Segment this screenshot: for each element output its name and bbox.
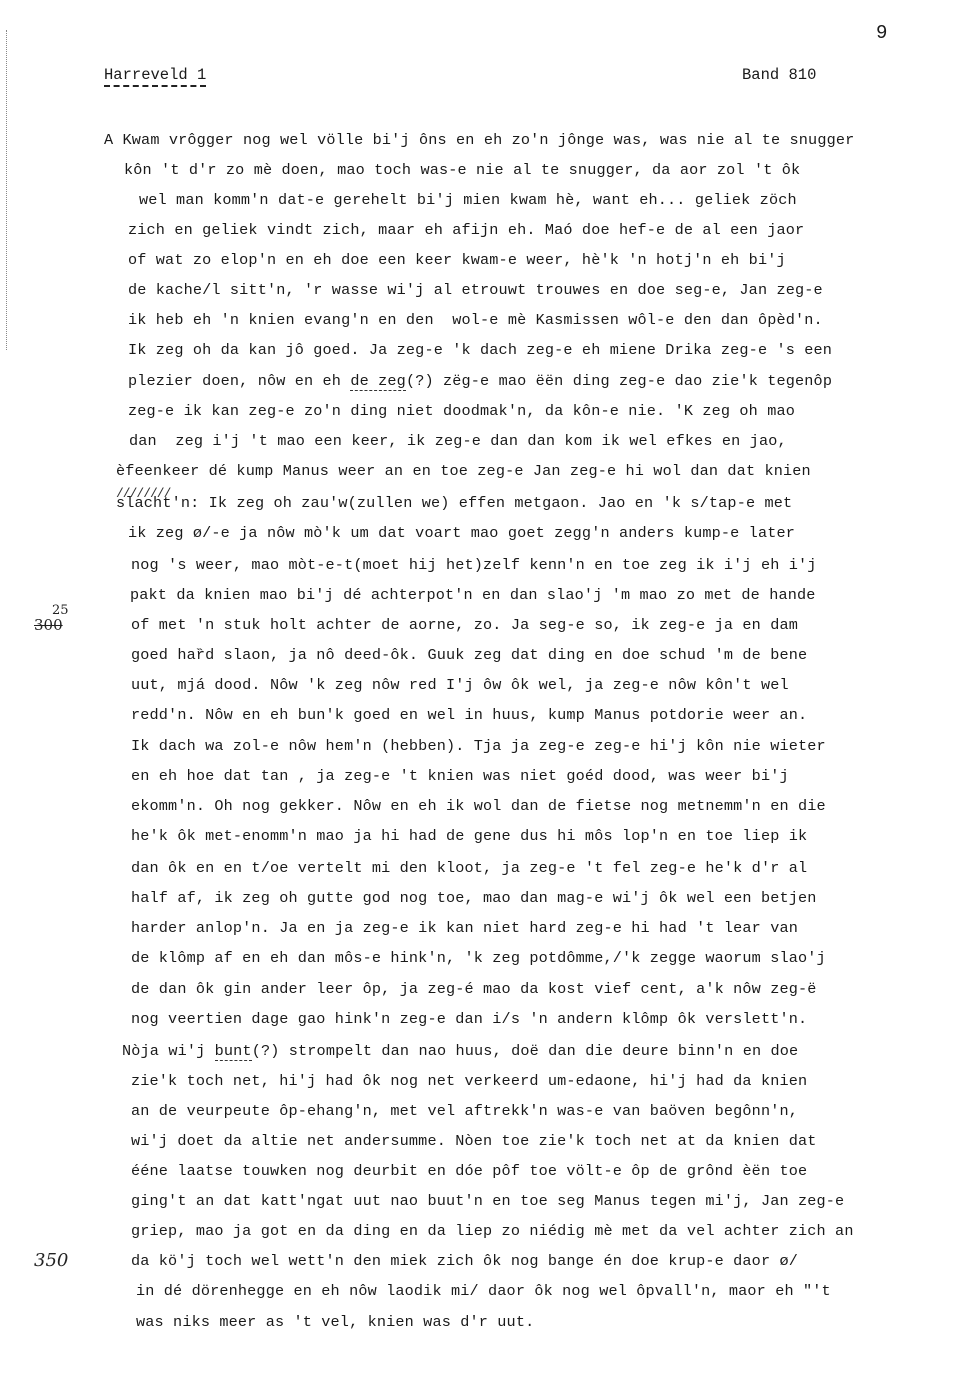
transcript-line: Nòja wi'j bunt(?) strompelt dan nao huus… [122, 1042, 798, 1060]
transcript-line: Ik dach wa zol-e nôw hem'n (hebben). Tja… [131, 737, 826, 755]
document-title: Harreveld 1 [104, 66, 206, 87]
transcript-line: half af, ik zeg oh gutte god nog toe, ma… [131, 889, 817, 907]
tape-label: Band 810 [742, 66, 816, 84]
margin-note-350: 350 [34, 1254, 68, 1268]
transcript-line: wi'j doet da altie net andersumme. Nòen … [131, 1132, 817, 1150]
transcript-line: dan zeg i'j 't mao een keer, ik zeg-e da… [129, 432, 787, 450]
left-edge-marks [6, 30, 9, 350]
transcript-line: da kö'j toch wel wett'n den miek zich ôk… [131, 1252, 798, 1270]
transcript-line: zie'k toch net, hi'j had ôk nog net verk… [131, 1072, 807, 1090]
transcript-line: en eh hoe dat tan , ja zeg-e 't knien wa… [131, 767, 789, 785]
transcript-line: he'k ôk met-enomm'n mao ja hi had de gen… [131, 827, 807, 845]
transcript-line: ik zeg ø/-e ja nôw mò'k um dat voart mao… [128, 524, 795, 542]
transcript-line: zeg-e ik kan zeg-e zo'n ding niet doodma… [128, 402, 795, 420]
page-number: 9 [876, 22, 888, 44]
underlined-uncertain-word: bunt [215, 1042, 252, 1061]
transcript-line: de kache/l sitt'n, 'r wasse wi'j al etro… [128, 281, 823, 299]
transcript-line: plezier doen, nôw en eh de zeg(?) zëg-e … [128, 372, 832, 390]
transcript-line: dan ôk en en t/oe vertelt mi den kloot, … [131, 859, 807, 877]
underlined-uncertain-word: de zeg [350, 372, 406, 391]
transcript-line: ik heb eh 'n knien evang'n en den wol-e … [128, 311, 823, 329]
transcript-line: èfeenkeer dé kump Manus weer an en toe z… [116, 462, 811, 480]
transcript-line: redd'n. Nôw en eh bun'k goed en wel in h… [131, 706, 807, 724]
transcript-line: uut, mjá dood. Nôw 'k zeg nôw red I'j ôw… [131, 676, 789, 694]
transcript-line: goed haȑd slaon, ja nô deed-ôk. Guuk zeg… [131, 646, 807, 664]
margin-note-300-text: 300 [34, 616, 63, 634]
transcript-line: zich en geliek vindt zich, maar eh afijn… [128, 221, 804, 239]
transcript-line: in dé dörenhegge en eh nôw laodik mi/ da… [136, 1282, 831, 1300]
transcript-line: harder anlop'n. Ja en ja zeg-e ik kan ni… [131, 919, 798, 937]
transcript-line: Ik zeg oh da kan jô goed. Ja zeg-e 'k da… [128, 341, 832, 359]
transcript-line: kôn 't d'r zo mè doen, mao toch was-e ni… [124, 161, 800, 179]
transcript-line: of wat zo elop'n en eh doe een keer kwam… [128, 251, 786, 269]
transcript-line: ging't an dat katt'ngat uut nao buut'n e… [131, 1192, 844, 1210]
transcript-line: ekomm'n. Oh nog gekker. Nôw en eh ik wol… [131, 797, 826, 815]
transcript-line: pakt da knien mao bi'j dé achterpot'n en… [130, 586, 816, 604]
struck-word: slacht'n [116, 494, 190, 512]
transcript-line: wel man komm'n dat-e gerehelt bi'j mien … [139, 191, 797, 209]
transcript-line: de klômp af en eh dan môs-e hink'n, 'k z… [131, 949, 826, 967]
transcript-line: of met 'n stuk holt achter de aorne, zo.… [131, 616, 798, 634]
transcript-line: griep, mao ja got en da ding en da liep … [131, 1222, 854, 1240]
transcript-line: nog veertien dage gao hink'n zeg-e dan i… [131, 1010, 807, 1028]
transcript-line: slacht'n: Ik zeg oh zau'w(zullen we) eff… [116, 494, 792, 512]
transcript-line: an de veurpeute ôp-ehang'n, met vel aftr… [131, 1102, 798, 1120]
transcript-line: nog 's weer, mao mòt-e-t(moet hij het)ze… [131, 556, 817, 574]
margin-note-300: 300 [34, 618, 63, 632]
transcript-line: A Kwam vrôgger nog wel völle bi'j ôns en… [104, 131, 854, 149]
document-header-left: Harreveld 1 [104, 66, 206, 84]
transcript-line: ééne laatse touwken nog deurbit en dóe p… [131, 1162, 807, 1180]
transcript-line: was niks meer as 't vel, knien was d'r u… [136, 1313, 534, 1331]
transcript-line: de dan ôk gin ander leer ôp, ja zeg-é ma… [131, 980, 817, 998]
